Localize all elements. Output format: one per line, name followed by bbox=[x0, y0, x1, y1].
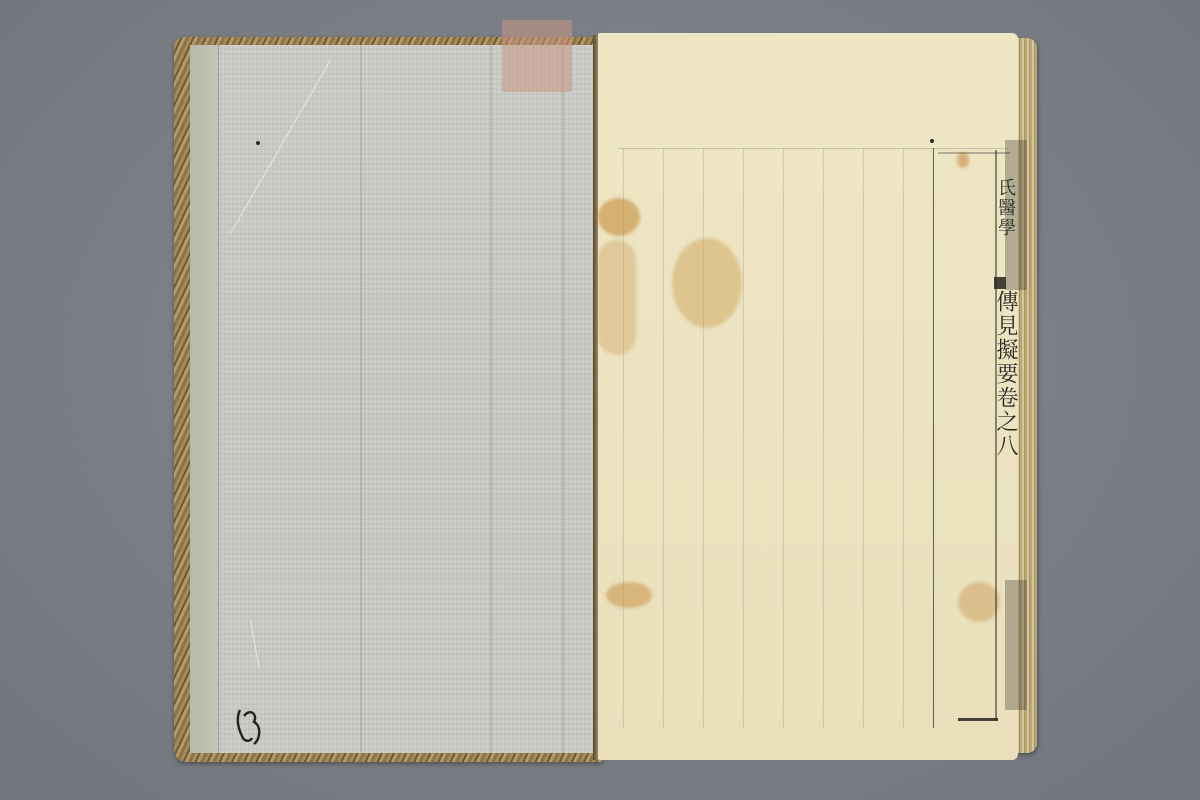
frame-top-rule bbox=[938, 152, 1010, 154]
column-rule bbox=[903, 148, 904, 728]
paper-fold-line bbox=[490, 45, 492, 753]
right-page bbox=[598, 33, 1018, 760]
column-rule bbox=[783, 148, 784, 728]
left-page bbox=[190, 45, 595, 753]
black-fishtail-mark bbox=[994, 277, 1006, 289]
seal-patch bbox=[502, 20, 572, 92]
paper-fold-line bbox=[360, 45, 362, 753]
ink-dot bbox=[256, 141, 260, 145]
column-rule bbox=[823, 148, 824, 728]
water-stain bbox=[598, 240, 636, 355]
column-rule bbox=[933, 148, 934, 728]
water-stain bbox=[958, 582, 1000, 622]
ink-dot bbox=[930, 139, 934, 143]
paper-fold-line bbox=[562, 45, 564, 753]
column-rule bbox=[663, 148, 664, 728]
spine-ink-smudge bbox=[1005, 580, 1027, 710]
margin-title-upper: 氏醫學 bbox=[992, 178, 1018, 238]
water-stain bbox=[672, 238, 742, 328]
column-rule bbox=[703, 148, 704, 728]
column-rule bbox=[743, 148, 744, 728]
print-frame-top bbox=[618, 148, 1008, 724]
water-stain bbox=[598, 198, 640, 236]
water-stain bbox=[957, 152, 969, 168]
left-page-flap bbox=[190, 45, 219, 753]
margin-title-lower: 傳見擬要卷之八 bbox=[990, 290, 1021, 458]
water-stain bbox=[606, 582, 652, 608]
handwritten-mark bbox=[232, 706, 264, 746]
column-rule bbox=[863, 148, 864, 728]
frame-bottom-rule bbox=[958, 718, 998, 721]
